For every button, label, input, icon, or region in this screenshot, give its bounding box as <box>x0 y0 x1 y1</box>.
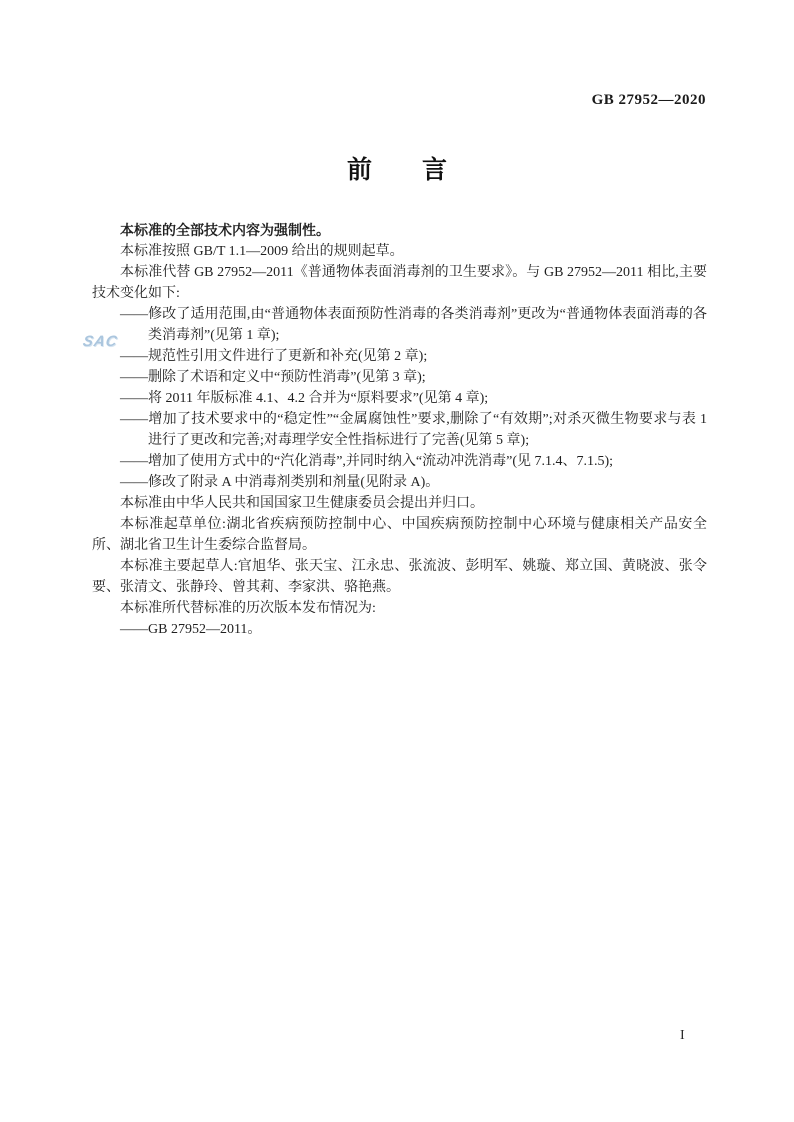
paragraph-issuing-body: 本标准由中华人民共和国国家卫生健康委员会提出并归口。 <box>92 493 707 514</box>
paragraph-mandatory-note: 本标准的全部技术内容为强制性。 <box>92 220 707 241</box>
bullet-item: ——删除了术语和定义中“预防性消毒”(见第 3 章); <box>92 367 707 388</box>
standard-code-header: GB 27952—2020 <box>0 92 706 109</box>
foreword-body: 本标准的全部技术内容为强制性。 本标准按照 GB/T 1.1—2009 给出的规… <box>92 220 707 640</box>
document-page: GB 27952—2020 前 言 SAC 本标准的全部技术内容为强制性。 本标… <box>0 0 794 1122</box>
paragraph-drafters: 本标准主要起草人:官旭华、张天宝、江永忠、张流波、彭明军、姚璇、郑立国、黄晓波、… <box>92 556 707 598</box>
bullet-item: ——将 2011 年版标准 4.1、4.2 合并为“原料要求”(见第 4 章); <box>92 388 707 409</box>
bullet-item-history: ——GB 27952—2011。 <box>92 619 707 640</box>
page-title: 前 言 <box>0 150 794 186</box>
paragraph-drafting-units: 本标准起草单位:湖北省疾病预防控制中心、中国疾病预防控制中心环境与健康相关产品安… <box>92 514 707 556</box>
page-number: I <box>680 1028 685 1044</box>
bullet-item: ——规范性引用文件进行了更新和补充(见第 2 章); <box>92 346 707 367</box>
paragraph-drafting-rule: 本标准按照 GB/T 1.1—2009 给出的规则起草。 <box>92 241 707 262</box>
bullet-item: ——修改了附录 A 中消毒剂类别和剂量(见附录 A)。 <box>92 472 707 493</box>
bullet-item: ——修改了适用范围,由“普通物体表面预防性消毒的各类消毒剂”更改为“普通物体表面… <box>92 304 707 346</box>
bullet-item: ——增加了使用方式中的“汽化消毒”,并同时纳入“流动冲洗消毒”(见 7.1.4、… <box>92 451 707 472</box>
paragraph-replaces: 本标准代替 GB 27952—2011《普通物体表面消毒剂的卫生要求》。与 GB… <box>92 262 707 304</box>
bullet-item: ——增加了技术要求中的“稳定性”“金属腐蚀性”要求,删除了“有效期”;对杀灭微生… <box>92 409 707 451</box>
paragraph-history-intro: 本标准所代替标准的历次版本发布情况为: <box>92 598 707 619</box>
